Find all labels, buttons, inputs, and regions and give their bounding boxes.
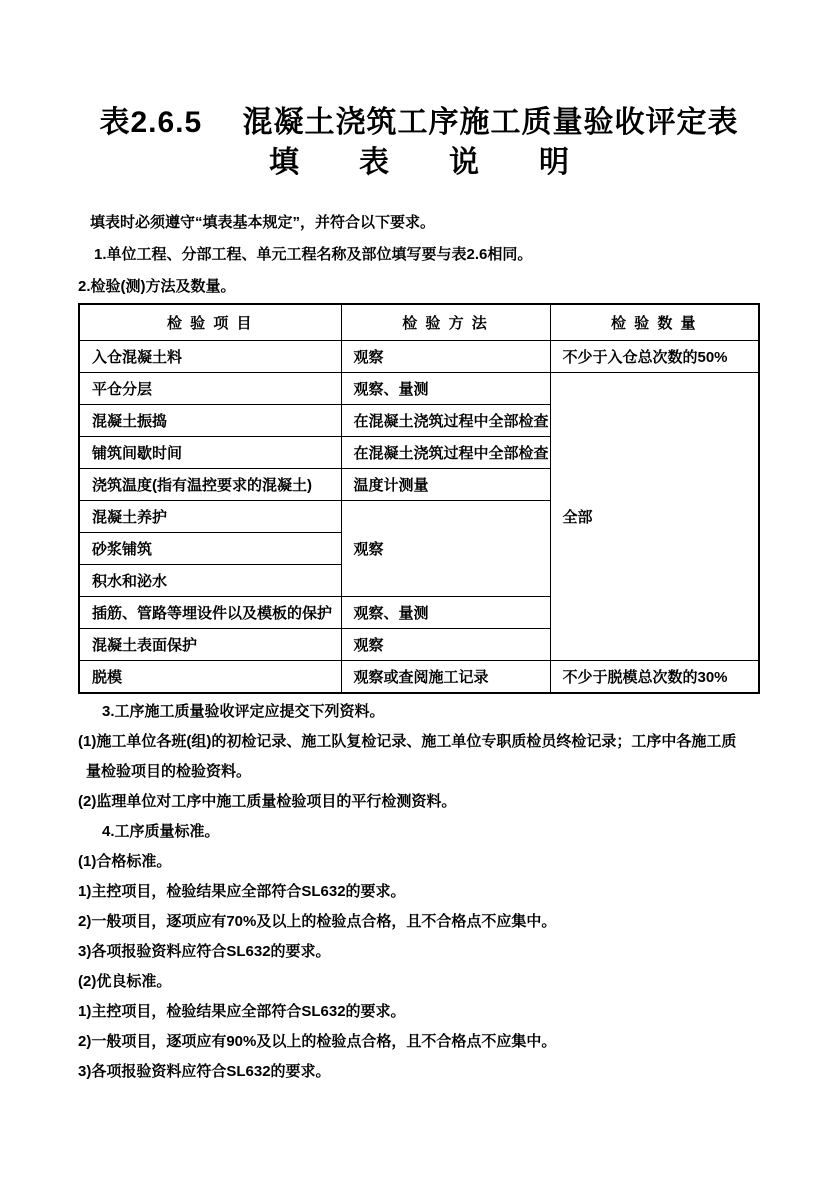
method-cell: 观察、量测 xyxy=(341,373,550,405)
header-method: 检 验 方 法 xyxy=(341,304,550,341)
notes-paragraph-8: 3)各项报验资料应符合SL632的要求。 xyxy=(78,937,760,967)
table-header-row: 检 验 项 目 检 验 方 法 检 验 数 量 xyxy=(79,304,759,341)
method-cell: 温度计测量 xyxy=(341,469,550,501)
header-quantity: 检 验 数 量 xyxy=(550,304,759,341)
notes-paragraph-11: 2)一般项目，逐项应有90%及以上的检验点合格，且不合格点不应集中。 xyxy=(78,1027,760,1057)
notes-paragraph-4: 4.工序质量标准。 xyxy=(78,817,760,847)
quantity-cell: 不少于脱模总次数的30% xyxy=(550,661,759,694)
method-cell: 观察或查阅施工记录 xyxy=(341,661,550,694)
table-row: 平仓分层 观察、量测 全部 xyxy=(79,373,759,405)
method-cell: 观察 xyxy=(341,629,550,661)
item-cell: 插筋、管路等埋设件以及模板的保护 xyxy=(79,597,341,629)
inspection-table: 检 验 项 目 检 验 方 法 检 验 数 量 入仓混凝土料 观察 不少于入仓总… xyxy=(78,303,760,694)
notes-paragraph-10: 1)主控项目，检验结果应全部符合SL632的要求。 xyxy=(78,997,760,1027)
notes-paragraph-7: 2)一般项目，逐项应有70%及以上的检验点合格，且不合格点不应集中。 xyxy=(78,907,760,937)
notes-paragraph-3: (2)监理单位对工序中施工质量检验项目的平行检测资料。 xyxy=(78,787,760,817)
quantity-cell: 不少于入仓总次数的50% xyxy=(550,341,759,373)
item-cell: 入仓混凝土料 xyxy=(79,341,341,373)
intro-paragraph-2: 1.单位工程、分部工程、单元工程名称及部位填写要与表2.6相同。 xyxy=(78,239,760,271)
document-title: 表2.6.5 混凝土浇筑工序施工质量验收评定表 xyxy=(78,103,760,143)
notes-paragraph-6: 1)主控项目，检验结果应全部符合SL632的要求。 xyxy=(78,877,760,907)
method-cell: 观察、量测 xyxy=(341,597,550,629)
document-subtitle: 填 表 说 明 xyxy=(78,143,760,183)
item-cell: 混凝土表面保护 xyxy=(79,629,341,661)
item-cell: 砂浆铺筑 xyxy=(79,533,341,565)
notes-section: 3.工序施工质量验收评定应提交下列资料。 (1)施工单位各班(组)的初检记录、施… xyxy=(78,697,760,1087)
notes-paragraph-2-cont: 量检验项目的检验资料。 xyxy=(78,757,760,787)
notes-paragraph-1: 3.工序施工质量验收评定应提交下列资料。 xyxy=(78,697,760,727)
method-cell: 在混凝土浇筑过程中全部检查 xyxy=(341,437,550,469)
notes-paragraph-5: (1)合格标准。 xyxy=(78,847,760,877)
intro-paragraph-3: 2.检验(测)方法及数量。 xyxy=(78,271,760,303)
item-cell: 浇筑温度(指有温控要求的混凝土) xyxy=(79,469,341,501)
notes-paragraph-9: (2)优良标准。 xyxy=(78,967,760,997)
item-cell: 脱模 xyxy=(79,661,341,694)
header-item: 检 验 项 目 xyxy=(79,304,341,341)
item-cell: 积水和泌水 xyxy=(79,565,341,597)
notes-paragraph-2: (1)施工单位各班(组)的初检记录、施工队复检记录、施工单位专职质检员终检记录；… xyxy=(78,727,760,757)
intro-section: 填表时必须遵守“填表基本规定”，并符合以下要求。 1.单位工程、分部工程、单元工… xyxy=(78,207,760,303)
item-cell: 平仓分层 xyxy=(79,373,341,405)
quantity-cell-merged: 全部 xyxy=(550,373,759,661)
method-cell: 观察 xyxy=(341,341,550,373)
document-page: 表2.6.5 混凝土浇筑工序施工质量验收评定表 填 表 说 明 填表时必须遵守“… xyxy=(0,0,838,1186)
method-cell-merged: 观察 xyxy=(341,501,550,597)
table-row: 入仓混凝土料 观察 不少于入仓总次数的50% xyxy=(79,341,759,373)
item-cell: 混凝土养护 xyxy=(79,501,341,533)
table-row: 脱模 观察或查阅施工记录 不少于脱模总次数的30% xyxy=(79,661,759,694)
notes-paragraph-12: 3)各项报验资料应符合SL632的要求。 xyxy=(78,1057,760,1087)
item-cell: 混凝土振捣 xyxy=(79,405,341,437)
intro-paragraph-1: 填表时必须遵守“填表基本规定”，并符合以下要求。 xyxy=(78,207,760,239)
title-block: 表2.6.5 混凝土浇筑工序施工质量验收评定表 填 表 说 明 xyxy=(78,103,760,183)
method-cell: 在混凝土浇筑过程中全部检查 xyxy=(341,405,550,437)
item-cell: 铺筑间歇时间 xyxy=(79,437,341,469)
